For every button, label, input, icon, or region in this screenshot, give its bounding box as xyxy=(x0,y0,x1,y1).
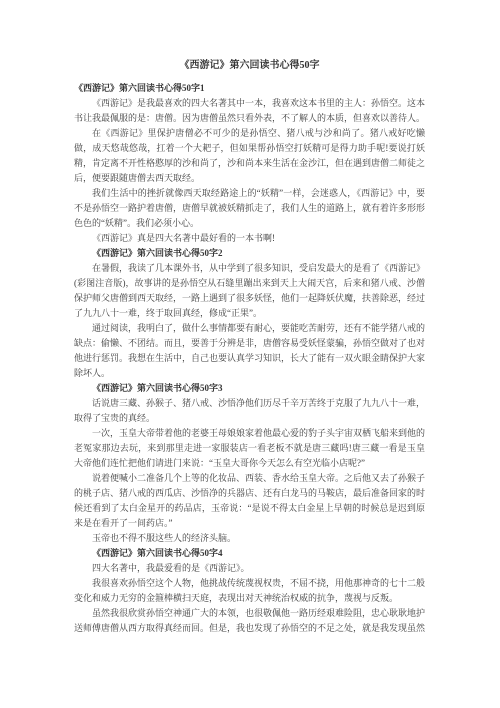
document-title: 《西游记》第六回读书心得50字 xyxy=(74,58,425,73)
paragraph: 在《西游记》里保护唐僧必不可少的是孙悟空、猪八戒与沙和尚了。猪八戒好吃懒做，成天… xyxy=(74,126,425,186)
section-heading: 《西游记》第六回读书心得50字3 xyxy=(74,381,425,396)
paragraph: 四大名著中，我最爱看的是《西游记》。 xyxy=(74,561,425,576)
section-heading: 《西游记》第六回读书心得50字2 xyxy=(74,246,425,261)
section-heading: 《西游记》第六回读书心得50字1 xyxy=(74,81,425,96)
paragraph: 玉帝也不得不服这些人的经济头脑。 xyxy=(74,531,425,546)
paragraph: 《西游记》真是四大名著中最好看的一本书啊! xyxy=(74,231,425,246)
paragraph: 一次，玉皇大帝带着他的老婆王母娘娘家着他最心爱的豹子头宇宙双栖飞船来到他的老冤家… xyxy=(74,426,425,471)
paragraph: 话说唐三藏、孙猴子、猪八戒、沙悟净他们历尽千辛万苦终于克服了九九八十一难，取得了… xyxy=(74,396,425,426)
paragraph: 《西游记》是我最喜欢的四大名著其中一本，我喜欢这本书里的主人：孙悟空。这本书让我… xyxy=(74,96,425,126)
section-heading: 《西游记》第六回读书心得50字4 xyxy=(74,546,425,561)
paragraph: 通过阅读，我明白了，做什么事情都要有耐心，要能吃苦耐劳，还有不能学猪八戒的缺点：… xyxy=(74,321,425,381)
paragraph: 我们生活中的挫折就像西天取经路途上的“妖精”一样，会迷惑人，《西游记》中，要不是… xyxy=(74,186,425,231)
paragraph: 说着便喊小二准备几个上等的化妆品、西装、香水给玉皇大帝。之后他又去了孙猴子的桃子… xyxy=(74,471,425,531)
document-page: 《西游记》第六回读书心得50字 《西游记》第六回读书心得50字1《西游记》是我最… xyxy=(0,0,500,708)
document-body: 《西游记》第六回读书心得50字1《西游记》是我最喜欢的四大名著其中一本，我喜欢这… xyxy=(74,81,425,636)
paragraph: 在暑假，我读了几本课外书，从中学到了很多知识，受启发最大的是看了《西游记》(彩图… xyxy=(74,261,425,321)
paragraph: 虽然我很欣赏孙悟空神通广大的本领，也很敬佩他一路历经艰难险阻，忠心耿耿地护送师傅… xyxy=(74,606,425,636)
paragraph: 我很喜欢孙悟空这个人物，他挑战传统蔑视权贵，不屈不挠，用他那神奇的七十二般变化和… xyxy=(74,576,425,606)
